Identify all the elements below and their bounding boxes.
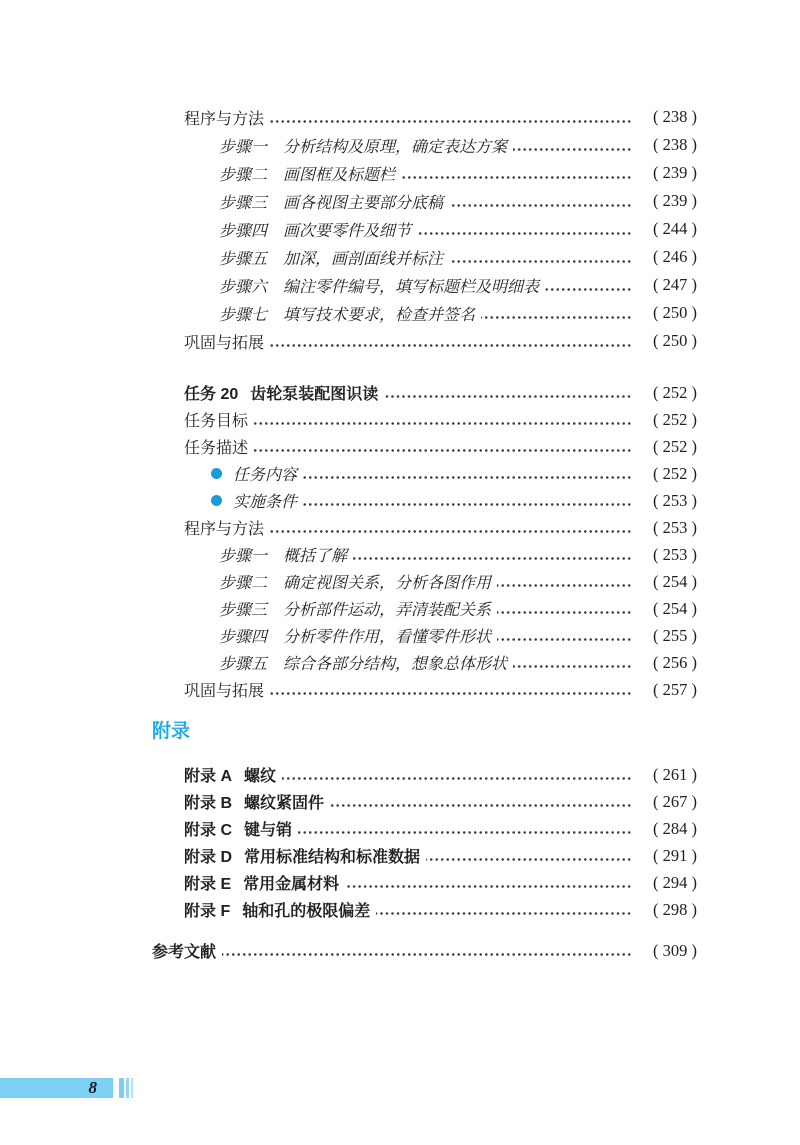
toc-appendix-letter: 附录 D: [184, 844, 232, 867]
toc-entry-title: 常用金属材料: [243, 871, 339, 894]
toc-appendix-letter: 附录 A: [184, 763, 232, 786]
toc-entry: 程序与方法 ( 253 ): [152, 514, 697, 541]
toc-entry-title: 分析结构及原理，确定表达方案: [283, 134, 507, 157]
dot-leader: [222, 953, 632, 956]
toc-page-number: ( 261 ): [635, 765, 697, 785]
toc-entry: 附录 E 常用金属材料 ( 294 ): [152, 869, 697, 896]
dot-leader: [449, 204, 632, 207]
toc-entry: 任务目标 ( 252 ): [152, 406, 697, 433]
dot-leader: [384, 395, 632, 398]
dot-leader: [303, 503, 632, 506]
toc-block-procedure: 程序与方法 ( 238 ) 步骤一 分析结构及原理，确定表达方案 ( 238 )…: [152, 0, 697, 355]
toc-page-number: ( 298 ): [635, 900, 697, 920]
toc-entry-title: 编注零件编号，填写标题栏及明细表: [283, 274, 539, 297]
toc-page-number: ( 246 ): [635, 247, 697, 267]
appendix-heading: 附录: [152, 717, 697, 747]
toc-page-number: ( 267 ): [635, 792, 697, 812]
toc-entry: 附录 C 键与销 ( 284 ): [152, 815, 697, 842]
dot-leader: [449, 260, 632, 263]
footer-stripes-decoration: [119, 1078, 133, 1098]
dot-leader: [353, 557, 632, 560]
toc-page-number: ( 284 ): [635, 819, 697, 839]
dot-leader: [497, 638, 632, 641]
toc-entry-title: 概括了解: [283, 543, 347, 566]
toc-entry: 步骤一 分析结构及原理，确定表达方案 ( 238 ): [152, 131, 697, 159]
toc-step-number: 步骤五: [219, 651, 267, 674]
toc-page-number: ( 253 ): [635, 491, 697, 511]
toc-entry: 巩固与拓展 ( 250 ): [152, 327, 697, 355]
toc-entry: 实施条件 ( 253 ): [152, 487, 697, 514]
dot-leader: [282, 777, 632, 780]
toc-entry-title: 程序与方法: [184, 516, 264, 539]
page-number: 8: [89, 1078, 98, 1098]
toc-entry: 步骤四 分析零件作用，看懂零件形状 ( 255 ): [152, 622, 697, 649]
toc-step-number: 步骤三: [219, 190, 267, 213]
dot-leader: [401, 176, 632, 179]
dot-leader: [254, 422, 632, 425]
toc-page-number: ( 253 ): [635, 545, 697, 565]
toc-page-number: ( 250 ): [635, 331, 697, 351]
toc-entry: 步骤七 填写技术要求，检查并签名 ( 250 ): [152, 299, 697, 327]
dot-leader: [270, 120, 632, 123]
toc-entry-title: 任务目标: [184, 408, 248, 431]
toc-page-number: ( 238 ): [635, 135, 697, 155]
toc-entry: 步骤三 分析部件运动，弄清装配关系 ( 254 ): [152, 595, 697, 622]
toc-page-number: ( 256 ): [635, 653, 697, 673]
toc-entry: 附录 F 轴和孔的极限偏差 ( 298 ): [152, 896, 697, 923]
dot-leader: [513, 665, 632, 668]
toc-entry: 步骤六 编注零件编号，填写标题栏及明细表 ( 247 ): [152, 271, 697, 299]
dot-leader: [513, 148, 632, 151]
dot-leader: [545, 288, 632, 291]
toc-entry-title: 程序与方法: [184, 106, 264, 129]
page-number-bar: 8: [0, 1078, 113, 1098]
toc-page-number: ( 250 ): [635, 303, 697, 323]
dot-leader: [298, 831, 632, 834]
toc-entry: 附录 D 常用标准结构和标准数据 ( 291 ): [152, 842, 697, 869]
dot-leader: [270, 530, 632, 533]
toc-page-number: ( 294 ): [635, 873, 697, 893]
toc-appendix-letter: 附录 B: [184, 790, 232, 813]
toc-entry-title: 实施条件: [233, 489, 297, 512]
toc-entry-title: 任务内容: [233, 462, 297, 485]
toc-page-number: ( 244 ): [635, 219, 697, 239]
toc-appendix-letter: 附录 E: [184, 871, 231, 894]
toc-entry-title: 加深，画剖面线并标注: [283, 246, 443, 269]
toc-page-number: ( 238 ): [635, 107, 697, 127]
toc-entry-title: 键与销: [244, 817, 292, 840]
toc-entry: 附录 B 螺纹紧固件 ( 267 ): [152, 788, 697, 815]
toc-appendix-letter: 附录 C: [184, 817, 232, 840]
dot-leader: [497, 611, 632, 614]
toc-entry-title: 任务描述: [184, 435, 248, 458]
toc-entry-title: 填写技术要求，检查并签名: [283, 302, 475, 325]
dot-leader: [270, 344, 632, 347]
dot-leader: [481, 316, 632, 319]
toc-entry: 程序与方法 ( 238 ): [152, 103, 697, 131]
toc-entry: 附录 A 螺纹 ( 261 ): [152, 761, 697, 788]
toc-page-number: ( 253 ): [635, 518, 697, 538]
footer-stripe-icon: [119, 1078, 124, 1098]
footer-stripe-icon: [126, 1078, 130, 1098]
toc-page-number: ( 309 ): [635, 941, 697, 961]
toc-entry: 巩固与拓展 ( 257 ): [152, 676, 697, 703]
toc-step-number: 步骤四: [219, 218, 267, 241]
toc-page-number: ( 254 ): [635, 572, 697, 592]
toc-step-number: 步骤四: [219, 624, 267, 647]
toc-page-number: ( 239 ): [635, 163, 697, 183]
toc-content: 程序与方法 ( 238 ) 步骤一 分析结构及原理，确定表达方案 ( 238 )…: [152, 0, 697, 964]
toc-task-number: 任务 20: [184, 381, 238, 404]
toc-entry: 步骤五 加深，画剖面线并标注 ( 246 ): [152, 243, 697, 271]
toc-entry: 步骤二 确定视图关系，分析各图作用 ( 254 ): [152, 568, 697, 595]
bullet-icon: [211, 468, 222, 479]
toc-page-number: ( 254 ): [635, 599, 697, 619]
toc-entry-title: 画次要零件及细节: [283, 218, 411, 241]
dot-leader: [497, 584, 632, 587]
toc-entry: 任务描述 ( 252 ): [152, 433, 697, 460]
toc-step-number: 步骤一: [219, 543, 267, 566]
dot-leader: [426, 858, 632, 861]
toc-step-number: 步骤七: [219, 302, 267, 325]
toc-page-number: ( 291 ): [635, 846, 697, 866]
toc-block-references: 参考文献 ( 309 ): [152, 937, 697, 964]
toc-step-number: 步骤一: [219, 134, 267, 157]
toc-entry-title: 参考文献: [152, 939, 216, 962]
toc-entry-task-heading: 任务 20 齿轮泵装配图识读 ( 252 ): [152, 379, 697, 406]
dot-leader: [254, 449, 632, 452]
footer-stripe-icon: [131, 1078, 133, 1098]
toc-page-number: ( 252 ): [635, 383, 697, 403]
dot-leader: [345, 885, 632, 888]
toc-page-number: ( 252 ): [635, 410, 697, 430]
toc-page-number: ( 252 ): [635, 464, 697, 484]
toc-entry: 步骤四 画次要零件及细节 ( 244 ): [152, 215, 697, 243]
toc-entry-title: 巩固与拓展: [184, 330, 264, 353]
toc-entry-title: 螺纹紧固件: [244, 790, 324, 813]
toc-entry-title: 轴和孔的极限偏差: [242, 898, 370, 921]
toc-step-number: 步骤二: [219, 162, 267, 185]
dot-leader: [376, 912, 632, 915]
toc-entry-title: 分析部件运动，弄清装配关系: [283, 597, 491, 620]
toc-entry-title: 确定视图关系，分析各图作用: [283, 570, 491, 593]
toc-entry: 步骤一 概括了解 ( 253 ): [152, 541, 697, 568]
toc-entry-title: 画图框及标题栏: [283, 162, 395, 185]
toc-entry: 步骤三 画各视图主要部分底稿 ( 239 ): [152, 187, 697, 215]
toc-entry-title: 常用标准结构和标准数据: [244, 844, 420, 867]
dot-leader: [303, 476, 632, 479]
toc-step-number: 步骤三: [219, 597, 267, 620]
toc-page-number: ( 239 ): [635, 191, 697, 211]
references-entry: 参考文献 ( 309 ): [152, 937, 697, 964]
toc-step-number: 步骤五: [219, 246, 267, 269]
toc-page-number: ( 252 ): [635, 437, 697, 457]
toc-step-number: 步骤二: [219, 570, 267, 593]
toc-entry-title: 巩固与拓展: [184, 678, 264, 701]
toc-block-appendix: 附录 A 螺纹 ( 261 ) 附录 B 螺纹紧固件 ( 267 ) 附录 C …: [152, 761, 697, 923]
toc-page-number: ( 255 ): [635, 626, 697, 646]
toc-appendix-letter: 附录 F: [184, 898, 230, 921]
toc-entry-title: 分析零件作用，看懂零件形状: [283, 624, 491, 647]
toc-entry-title: 画各视图主要部分底稿: [283, 190, 443, 213]
dot-leader: [270, 692, 632, 695]
dot-leader: [417, 232, 632, 235]
toc-entry: 步骤五 综合各部分结构，想象总体形状 ( 256 ): [152, 649, 697, 676]
dot-leader: [330, 804, 632, 807]
toc-entry-title: 综合各部分结构，想象总体形状: [283, 651, 507, 674]
toc-step-number: 步骤六: [219, 274, 267, 297]
toc-entry-title: 齿轮泵装配图识读: [250, 381, 378, 404]
bullet-icon: [211, 495, 222, 506]
toc-entry: 步骤二 画图框及标题栏 ( 239 ): [152, 159, 697, 187]
toc-page-number: ( 257 ): [635, 680, 697, 700]
toc-entry: 任务内容 ( 252 ): [152, 460, 697, 487]
toc-page-number: ( 247 ): [635, 275, 697, 295]
toc-block-task20: 任务 20 齿轮泵装配图识读 ( 252 ) 任务目标 ( 252 ) 任务描述…: [152, 379, 697, 703]
toc-entry-title: 螺纹: [244, 763, 276, 786]
